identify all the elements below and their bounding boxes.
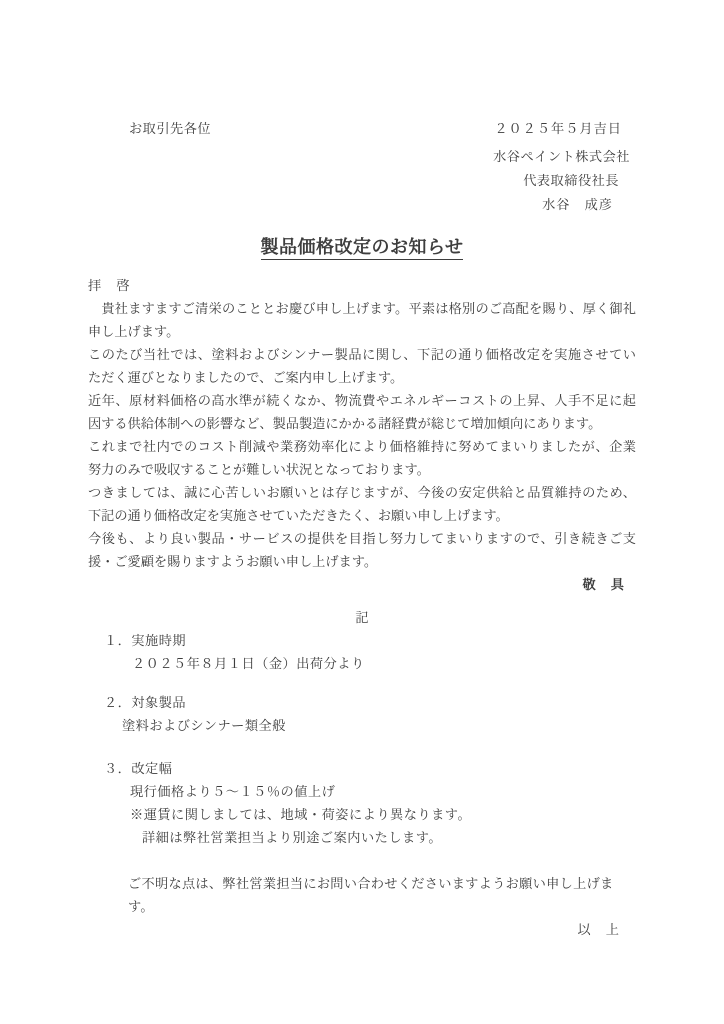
item-implementation: １．実施時期 ２０２５年８月１日（金）出荷分より: [88, 629, 636, 675]
body-line: 貴社ますますご清栄のこととお慶び申し上げます。平素は格別のご高配を賜り、厚く御礼: [88, 297, 636, 320]
price-revision-letter: お取引先各位 ２０２５年５月吉日 水谷ペイント株式会社 代表取締役社長 水谷 成…: [0, 0, 724, 1024]
body-line: つきましては、誠に心苦しいお願いとは存じますが、今後の安定供給と品質維持のため、: [88, 481, 636, 504]
contact-note: ご不明な点は、弊社営業担当にお問い合わせくださいますようお願い申し上げます。: [88, 872, 636, 918]
letter-body: 拝 啓 貴社ますますご清栄のこととお慶び申し上げます。平素は格別のご高配を賜り、…: [88, 274, 636, 596]
item-target-products: ２．対象製品 塗料およびシンナー類全般: [88, 691, 636, 737]
body-line: 援・ご愛顧を賜りますようお願い申し上げます。: [88, 550, 636, 573]
closing-keigu: 敬 具: [88, 573, 636, 596]
salutation: 拝 啓: [88, 274, 636, 297]
body-line: ただく運びとなりましたので、ご案内申し上げます。: [88, 366, 636, 389]
item-heading: ３．改定幅: [88, 757, 636, 780]
sender-block: 水谷ペイント株式会社 代表取締役社長 水谷 成彦: [88, 145, 636, 217]
item-line: 塗料およびシンナー類全般: [88, 714, 636, 737]
letter-date: ２０２５年５月吉日: [494, 119, 636, 139]
item-line: ２０２５年８月１日（金）出荷分より: [88, 652, 636, 675]
title-row: 製品価格改定のお知らせ: [88, 234, 636, 262]
body-line: 因する供給体制への影響など、製品製造にかかる諸経費が総じて増加傾向にあります。: [88, 412, 636, 435]
body-line: 申し上げます。: [88, 320, 636, 343]
body-line: 下記の通り価格改定を実施させていただきたく、お願い申し上げます。: [88, 504, 636, 527]
sender-title: 代表取締役社長: [88, 169, 636, 193]
body-line: このたび当社では、塗料およびシンナー製品に関し、下記の通り価格改定を実施させてい: [88, 343, 636, 366]
notice-items: １．実施時期 ２０２５年８月１日（金）出荷分より ２．対象製品 塗料およびシンナ…: [88, 629, 636, 849]
item-heading: ２．対象製品: [88, 691, 636, 714]
letter-header: お取引先各位 ２０２５年５月吉日: [88, 119, 636, 139]
recipient: お取引先各位: [88, 119, 211, 139]
item-line: 現行価格より５～１５％の値上げ: [88, 780, 636, 803]
body-line: これまで社内でのコスト削減や業務効率化により価格維持に努めてまいりましたが、企業: [88, 435, 636, 458]
sender-name: 水谷 成彦: [88, 193, 636, 217]
notice-marker-ki: 記: [88, 606, 636, 629]
item-heading: １．実施時期: [88, 629, 636, 652]
item-note-line: ※運賃に関しましては、地域・荷姿により異なります。: [88, 803, 636, 826]
page-title: 製品価格改定のお知らせ: [261, 237, 464, 260]
body-line: 近年、原材料価格の高水準が続くなか、物流費やエネルギーコストの上昇、人手不足に起: [88, 389, 636, 412]
item-note-line: 詳細は弊社営業担当より別途ご案内いたします。: [88, 826, 636, 849]
body-line: 今後も、より良い製品・サービスの提供を目指し努力してまいりますので、引き続きご支: [88, 527, 636, 550]
body-line: 努力のみで吸収することが難しい状況となっております。: [88, 458, 636, 481]
sender-company: 水谷ペイント株式会社: [88, 145, 636, 169]
end-mark-ijou: 以 上: [88, 918, 636, 941]
item-revision-range: ３．改定幅 現行価格より５～１５％の値上げ ※運賃に関しましては、地域・荷姿によ…: [88, 757, 636, 849]
